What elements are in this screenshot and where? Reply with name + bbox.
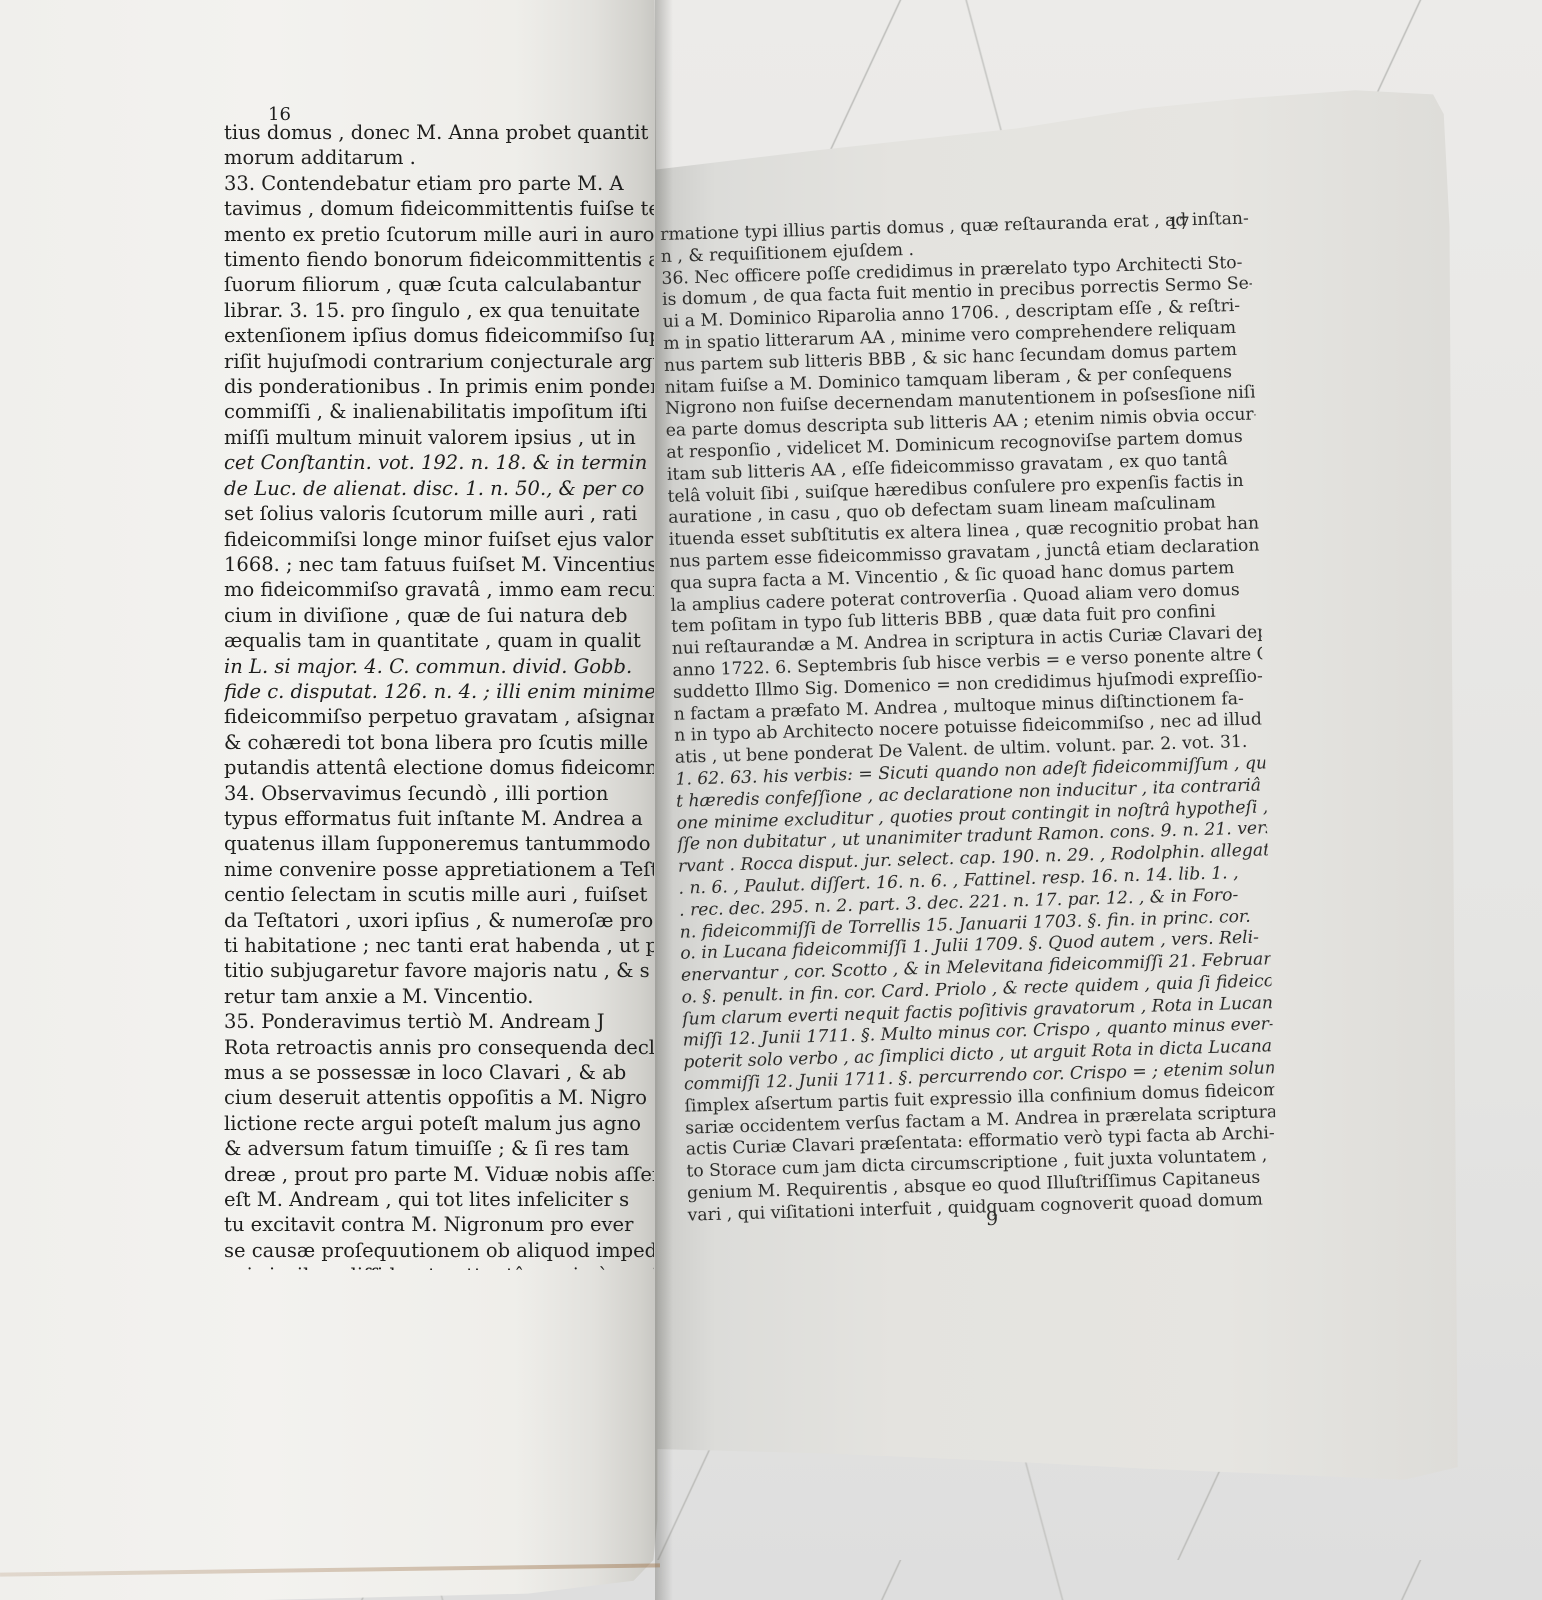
page-curl-shadow bbox=[655, 0, 673, 1600]
text-line: quatenus illam ſupponeremus tantummodo bbox=[224, 831, 654, 856]
text-line: & adversum fatum timuiſſe ; & ſi res tam bbox=[224, 1136, 654, 1161]
text-line: riſit hujuſmodi contrarium conjecturale … bbox=[224, 349, 654, 374]
text-line: dreæ , prout pro parte M. Viduæ nobis aſ… bbox=[224, 1162, 654, 1187]
text-line: miſſi multum minuit valorem ipsius , ut … bbox=[224, 425, 654, 450]
text-line: nime convenire posse appretiationem a Te… bbox=[224, 857, 654, 882]
text-line: centio ſelectam in scutis mille auri , f… bbox=[224, 882, 654, 907]
text-line: & cohæredi tot bona libera pro ſcutis mi… bbox=[224, 730, 654, 755]
text-line: commiſſi , & inalienabilitatis impoſitum… bbox=[224, 399, 654, 424]
text-line: extenſionem ipſius domus fideicommiſso ſ… bbox=[224, 323, 654, 348]
text-line: dis ponderationibus . In primis enim pon… bbox=[224, 374, 654, 399]
text-line: librar. 3. 15. pro ſingulo , ex qua tenu… bbox=[224, 298, 654, 323]
text-line: set ſolius valoris ſcutorum mille auri ,… bbox=[224, 501, 654, 526]
text-line: fide c. disputat. 126. n. 4. ; illi enim… bbox=[224, 679, 654, 704]
text-line: mo fideicommiſso gravatâ , immo eam recu… bbox=[224, 577, 654, 602]
text-line: ſuorum filiorum , quæ ſcuta calculabantu… bbox=[224, 272, 654, 297]
text-line: suis juribus diffideret , attentâ maximè… bbox=[224, 1263, 654, 1270]
text-line: mento ex pretio ſcutorum mille auri in a… bbox=[224, 222, 654, 247]
left-page-text: tius domus , donec M. Anna probet quanti… bbox=[224, 120, 654, 1270]
text-line: 33. Contendebatur etiam pro parte M. A bbox=[224, 171, 654, 196]
text-line: Rota retroactis annis pro consequenda de… bbox=[224, 1035, 654, 1060]
text-line: eſt M. Andream , qui tot lites infelicit… bbox=[224, 1187, 654, 1212]
text-line: timento fiendo bonorum fideicommittentis… bbox=[224, 247, 654, 272]
text-line: 34. Observavimus ſecundò , illi portion bbox=[224, 781, 654, 806]
text-line: cium in diviſione , quæ de ſui natura de… bbox=[224, 603, 654, 628]
text-line: tu excitavit contra M. Nigronum pro ever bbox=[224, 1212, 654, 1237]
text-line: cet Conſtantin. vot. 192. n. 18. & in te… bbox=[224, 450, 654, 475]
text-line: 35. Ponderavimus tertiò M. Andream J bbox=[224, 1009, 654, 1034]
text-line: retur tam anxie a M. Vincentio. bbox=[224, 984, 654, 1009]
text-line: in L. si major. 4. C. commun. divid. Gob… bbox=[224, 654, 654, 679]
text-line: tius domus , donec M. Anna probet quanti… bbox=[224, 120, 654, 145]
text-line: æqualis tam in quantitate , quam in qual… bbox=[224, 628, 654, 653]
text-line: 1668. ; nec tam fatuus fuiſset M. Vincen… bbox=[224, 552, 654, 577]
text-line: lictione recte argui poteſt malum jus ag… bbox=[224, 1111, 654, 1136]
text-line: se causæ proſequutionem ob aliquod imped bbox=[224, 1238, 654, 1263]
right-page-text: rmatione typi illius partis domus , quæ … bbox=[660, 209, 1278, 1228]
text-line: putandis attentâ electione domus fideico… bbox=[224, 755, 654, 780]
text-line: ti habitatione ; nec tanti erat habenda … bbox=[224, 933, 654, 958]
text-line: fideicommiſsi longe minor fuiſset ejus v… bbox=[224, 527, 654, 552]
text-line: typus efformatus fuit inſtante M. Andrea… bbox=[224, 806, 654, 831]
text-line: mus a se possessæ in loco Clavari , & ab bbox=[224, 1060, 654, 1085]
text-line: morum additarum . bbox=[224, 145, 654, 170]
text-line: fideicommiſso perpetuo gravatam , aſsign… bbox=[224, 704, 654, 729]
text-line: da Teſtatori , uxori ipſius , & numeroſæ… bbox=[224, 908, 654, 933]
text-line: de Luc. de alienat. disc. 1. n. 50., & p… bbox=[224, 476, 654, 501]
text-line: cium deseruit attentis oppoſitis a M. Ni… bbox=[224, 1085, 654, 1110]
signature-mark: 9 bbox=[986, 1208, 998, 1230]
text-line: tavimus , domum fideicommittentis fuiſse… bbox=[224, 196, 654, 221]
text-line: titio subjugaretur favore majoris natu ,… bbox=[224, 958, 654, 983]
